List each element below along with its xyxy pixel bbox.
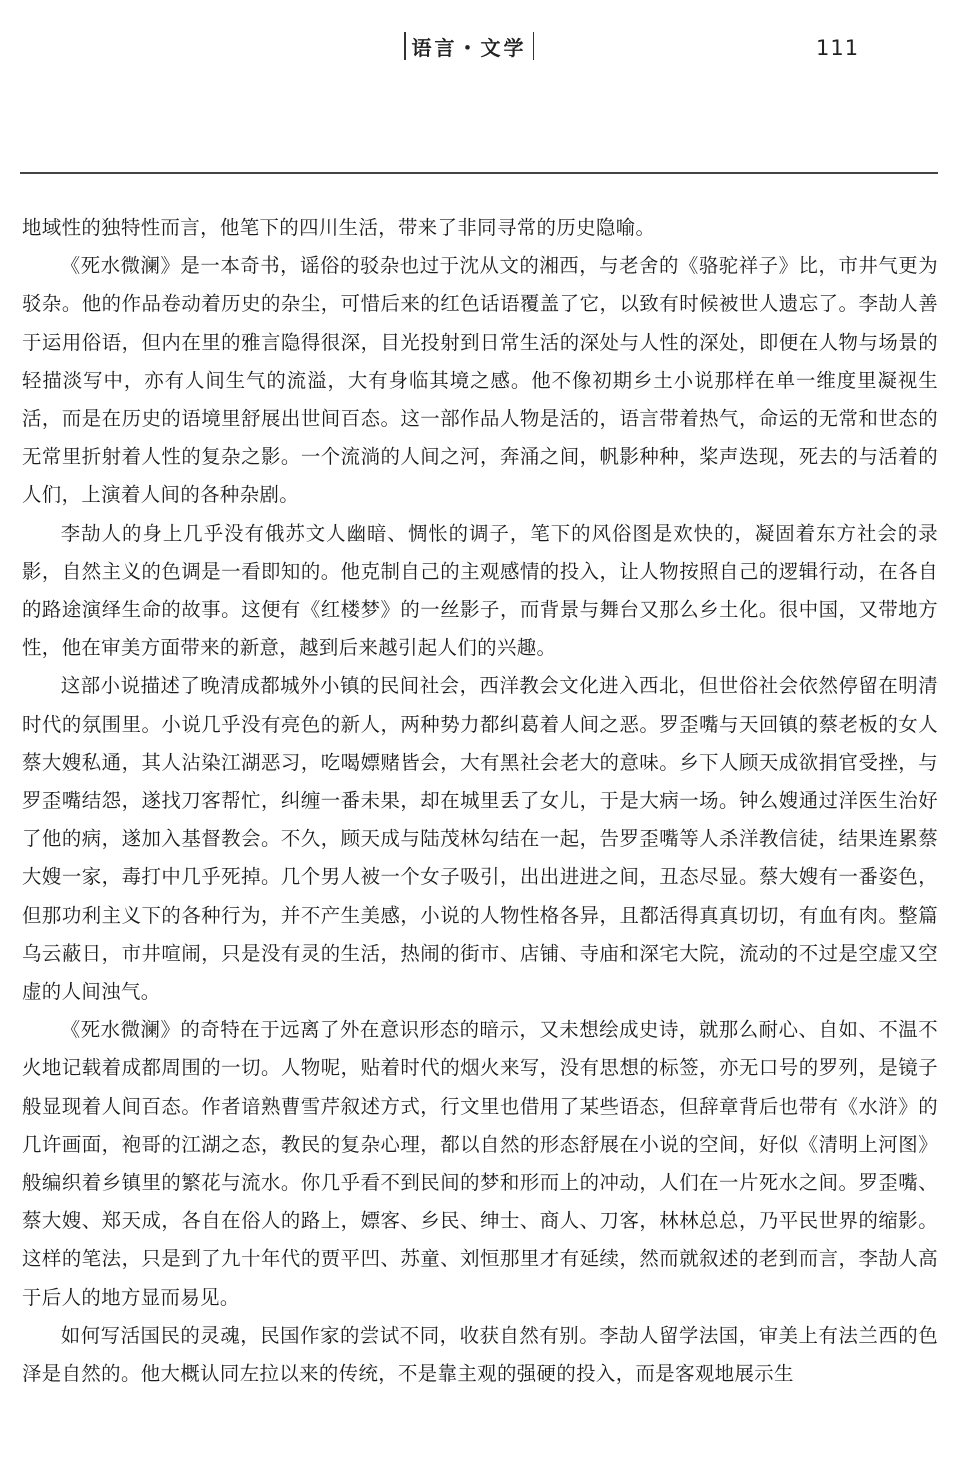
paragraph-2: 《死水微澜》是一本奇书，谣俗的驳杂也过于沈从文的湘西，与老舍的《骆驼祥子》比，市… (22, 247, 938, 514)
section-title: 语言・文学 (412, 32, 527, 61)
header-rule (20, 172, 938, 174)
page-number: 111 (816, 36, 859, 60)
paragraph-5: 《死水微澜》的奇特在于远离了外在意识形态的暗示，又未想绘成史诗，就那么耐心、自如… (22, 1011, 938, 1317)
header-divider-left (404, 32, 406, 60)
header-divider-right (533, 32, 535, 60)
paragraph-4: 这部小说描述了晚清成都城外小镇的民间社会，西洋教会文化进入西北，但世俗社会依然停… (22, 667, 938, 1011)
paragraph-1: 地域性的独特性而言，他笔下的四川生活，带来了非同寻常的历史隐喻。 (22, 209, 938, 247)
paragraph-3: 李劼人的身上几乎没有俄苏文人幽暗、惆怅的调子，笔下的风俗图是欢快的，凝固着东方社… (22, 515, 938, 668)
paragraph-6: 如何写活国民的灵魂，民国作家的尝试不同，收获自然有别。李劼人留学法国，审美上有法… (22, 1317, 938, 1393)
running-head: 语言・文学 (398, 30, 540, 62)
body-text: 地域性的独特性而言，他笔下的四川生活，带来了非同寻常的历史隐喻。 《死水微澜》是… (22, 209, 938, 1393)
